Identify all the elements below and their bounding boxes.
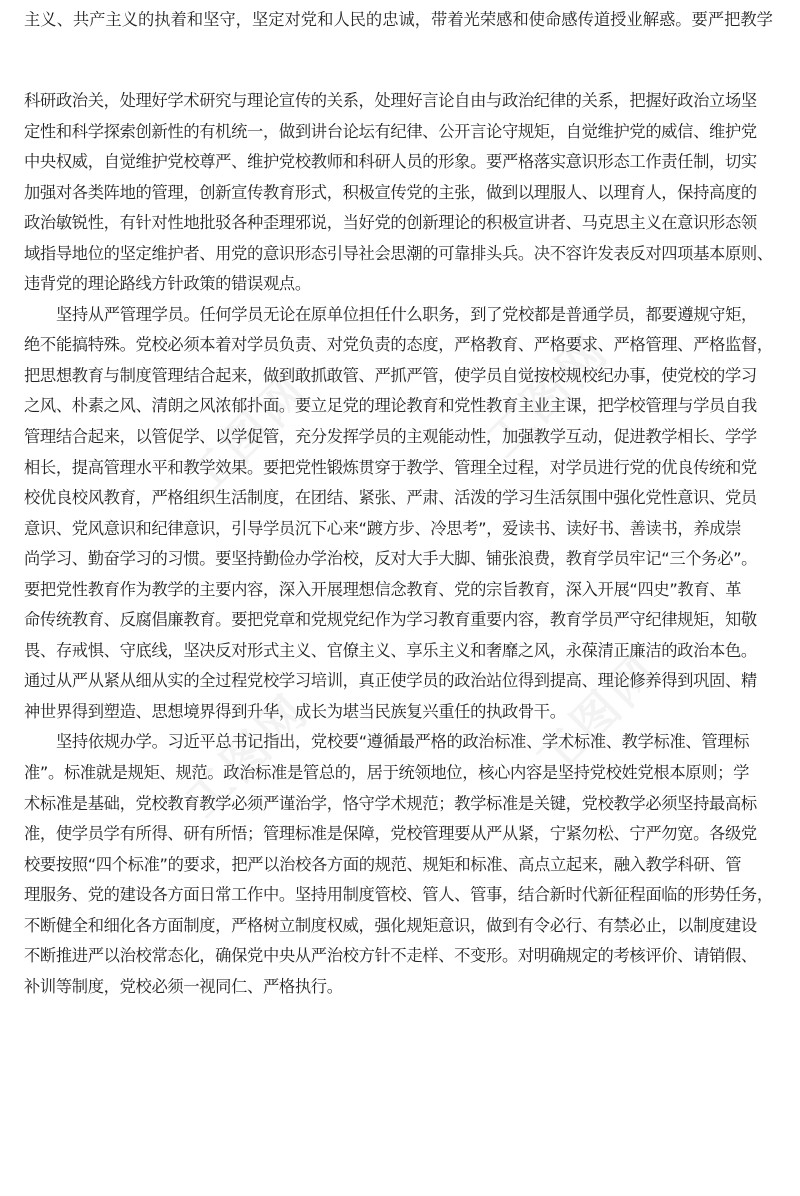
text-line: 意识、党风意识和纪律意识，引导学员沉下心来“踱方步、冷思考”，爱读书、读好书、善… <box>24 514 776 545</box>
text-line: 命传统教育、反腐倡廉教育。要把党章和党规党纪作为学习教育重要内容，教育学员严守纪… <box>24 605 776 636</box>
text-line: 域指导地位的坚定维护者、用党的意识形态引导社会思潮的可靠排头兵。决不容许发表反对… <box>24 239 776 270</box>
text-line: 通过从严从紧从细从实的全过程党校学习培训，真正使学员的政治站位得到提高、理论修养… <box>24 666 776 697</box>
text-line: 科研政治关，处理好学术研究与理论宣传的关系，处理好言论自由与政治纪律的关系，把握… <box>24 86 776 117</box>
text-line: 术标准是基础，党校教育教学必须严谨治学，恪守学术规范；教学标准是关键，党校教学必… <box>24 789 776 820</box>
text-line: 违背党的理论路线方针政策的错误观点。 <box>24 269 776 300</box>
text-line: 管理结合起来，以管促学、以学促管，充分发挥学员的主观能动性，加强教学互动，促进教… <box>24 422 776 453</box>
text-line: 中央权威，自觉维护党校尊严、维护党校教师和科研人员的形象。要严格落实意识形态工作… <box>24 147 776 178</box>
text-line: 要把党性教育作为教学的主要内容，深入开展理想信念教育、党的宗旨教育，深入开展“四… <box>24 575 776 606</box>
text-line: 定性和科学探索创新性的有机统一，做到讲台论坛有纪律、公开言论守规矩，自觉维护党的… <box>24 117 776 148</box>
text-line: 坚持从严管理学员。任何学员无论在原单位担任什么职务，到了党校都是普通学员，都要遵… <box>24 300 776 331</box>
text-line: 之风、朴素之风、清朗之风浓郁扑面。要立足党的理论教育和党性教育主业主课，把学校管… <box>24 391 776 422</box>
text-line: 坚持依规办学。习近平总书记指出，党校要“遵循最严格的政治标准、学术标准、教学标准… <box>24 727 776 758</box>
paragraph-political-standards: 科研政治关，处理好学术研究与理论宣传的关系，处理好言论自由与政治纪律的关系，把握… <box>24 86 776 300</box>
text-line: 理服务、党的建设各方面日常工作中。坚持用制度管校、管人、管事，结合新时代新征程面… <box>24 880 776 911</box>
text-line: 尚学习、勤奋学习的习惯。要坚持勤俭办学治校，反对大手大脚、铺张浪费，教育学员牢记… <box>24 544 776 575</box>
text-line: 准”。标准就是规矩、规范。政治标准是管总的，居于统领地位，核心内容是坚持党校姓党… <box>24 758 776 789</box>
text-line: 不断推进严以治校常态化，确保党中央从严治校方针不走样、不变形。对明确规定的考核评… <box>24 941 776 972</box>
text-line: 校优良校风教育，严格组织生活制度，在团结、紧张、严肃、活泼的学习生活氛围中强化党… <box>24 483 776 514</box>
text-line: 不断健全和细化各方面制度，严格树立制度权威，强化规矩意识，做到有令必行、有禁必止… <box>24 911 776 942</box>
text-line: 畏、存戒惧、守底线，坚决反对形式主义、官僚主义、享乐主义和奢靡之风，永葆清正廉洁… <box>24 636 776 667</box>
text-line: 加强对各类阵地的管理，创新宣传教育形式，积极宣传党的主张，做到以理服人、以理育人… <box>24 178 776 209</box>
text-line: 神世界得到塑造、思想境界得到升华，成长为堪当民族复兴重任的执政骨干。 <box>24 697 776 728</box>
paragraph-rule-based-schooling: 坚持依规办学。习近平总书记指出，党校要“遵循最严格的政治标准、学术标准、教学标准… <box>24 727 776 1002</box>
paragraph-student-management: 坚持从严管理学员。任何学员无论在原单位担任什么职务，到了党校都是普通学员，都要遵… <box>24 300 776 728</box>
text-line: 补训等制度，党校必须一视同仁、严格执行。 <box>24 972 776 1003</box>
text-line: 校要按照“四个标准”的要求，把严以治校各方面的规范、规矩和标准、高点立起来，融入… <box>24 850 776 881</box>
text-line: 绝不能搞特殊。党校必须本着对学员负责、对党负责的态度，严格教育、严格要求、严格管… <box>24 330 776 361</box>
document-body: 科研政治关，处理好学术研究与理论宣传的关系，处理好言论自由与政治纪律的关系，把握… <box>24 86 776 1002</box>
text-line: 把思想教育与制度管理结合起来，做到敢抓敢管、严抓严管，使学员自觉按校规校纪办事，… <box>24 361 776 392</box>
text-line: 政治敏锐性，有针对性地批驳各种歪理邪说，当好党的创新理论的积极宣讲者、马克思主义… <box>24 208 776 239</box>
text-line: 准，使学员学有所得、研有所悟；管理标准是保障，党校管理要从严从紧，宁紧勿松、宁严… <box>24 819 776 850</box>
continued-text-line: 主义、共产主义的执着和坚守，坚定对党和人民的忠诚，带着光荣感和使命感传道授业解惑… <box>24 5 784 35</box>
text-line: 相长，提高管理水平和教学效果。要把党性锻炼贯穿于教学、管理全过程，对学员进行党的… <box>24 453 776 484</box>
